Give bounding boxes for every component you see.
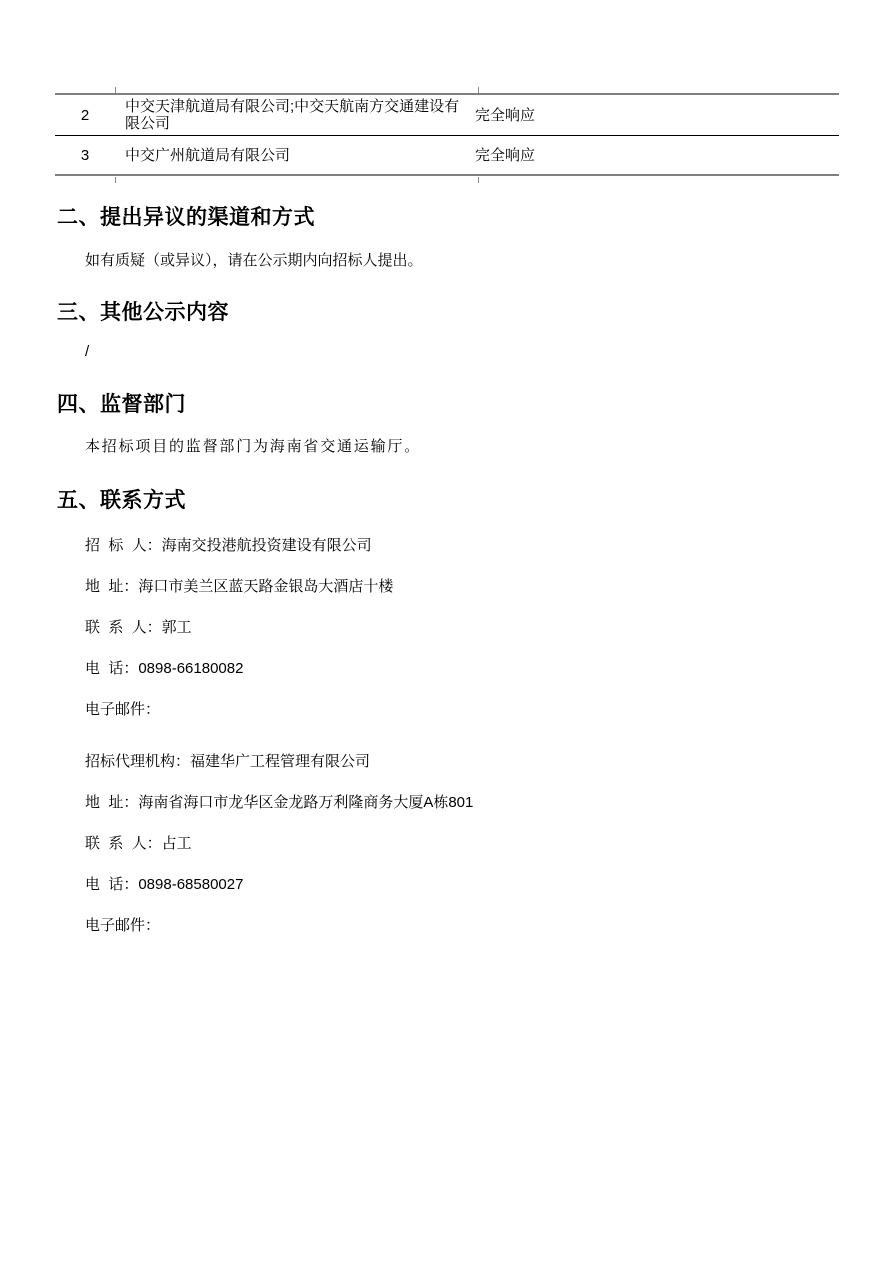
section-heading-supervision-department: 四、监督部门 bbox=[57, 394, 186, 416]
bid-evaluation-table: 2 中交天津航道局有限公司;中交天航南方交通建设有限公司 完全响应 3 中交广州… bbox=[55, 93, 839, 176]
tenderer-address-line: 地 址：海口市美兰区蓝天路金银岛大酒店十楼 bbox=[85, 579, 393, 595]
table-row: 3 中交广州航道局有限公司 完全响应 bbox=[55, 136, 839, 176]
agency-address-line: 地 址：海南省海口市龙华区金龙路万利隆商务大厦A栋801 bbox=[85, 795, 473, 811]
section-heading-contact-info: 五、联系方式 bbox=[57, 490, 186, 512]
tenderer-phone-line: 电 话：0898-66180082 bbox=[85, 661, 393, 677]
agency-name-line: 招标代理机构：福建华广工程管理有限公司 bbox=[85, 754, 473, 770]
section-body-supervision-department: 本招标项目的监督部门为海南省交通运输厅。 bbox=[85, 439, 421, 455]
tenderer-name-line: 招 标 人：海南交投港航投资建设有限公司 bbox=[85, 538, 393, 554]
tenderer-email-line: 电子邮件： bbox=[85, 702, 393, 718]
agency-email-line: 电子邮件： bbox=[85, 918, 473, 934]
section-body-objection-channels: 如有质疑（或异议），请在公示期内向招标人提出。 bbox=[85, 253, 423, 269]
company-name-cell: 中交广州航道局有限公司 bbox=[115, 147, 470, 164]
tenderer-contact-person-line: 联 系 人：郭工 bbox=[85, 620, 393, 636]
table-column-tick bbox=[115, 177, 116, 183]
agency-contact-person-line: 联 系 人：占工 bbox=[85, 836, 473, 852]
section-heading-objection-channels: 二、提出异议的渠道和方式 bbox=[57, 207, 315, 229]
agency-phone-line: 电 话：0898-68580027 bbox=[85, 877, 473, 893]
company-name-cell: 中交天津航道局有限公司;中交天航南方交通建设有限公司 bbox=[115, 95, 470, 135]
response-status-cell: 完全响应 bbox=[470, 147, 839, 164]
table-row: 2 中交天津航道局有限公司;中交天航南方交通建设有限公司 完全响应 bbox=[55, 93, 839, 136]
row-number-cell: 3 bbox=[55, 147, 115, 164]
tenderer-contact-block: 招 标 人：海南交投港航投资建设有限公司 地 址：海口市美兰区蓝天路金银岛大酒店… bbox=[85, 538, 393, 718]
table-column-tick bbox=[115, 87, 116, 93]
document-page: 2 中交天津航道局有限公司;中交天航南方交通建设有限公司 完全响应 3 中交广州… bbox=[0, 0, 892, 1263]
agency-contact-block: 招标代理机构：福建华广工程管理有限公司 地 址：海南省海口市龙华区金龙路万利隆商… bbox=[85, 754, 473, 934]
table-column-tick bbox=[478, 177, 479, 183]
row-number-cell: 2 bbox=[55, 107, 115, 124]
table-column-tick bbox=[478, 87, 479, 93]
section-heading-other-publicity: 三、其他公示内容 bbox=[57, 302, 229, 324]
section-body-other-publicity: / bbox=[85, 344, 89, 360]
response-status-cell: 完全响应 bbox=[470, 107, 839, 124]
